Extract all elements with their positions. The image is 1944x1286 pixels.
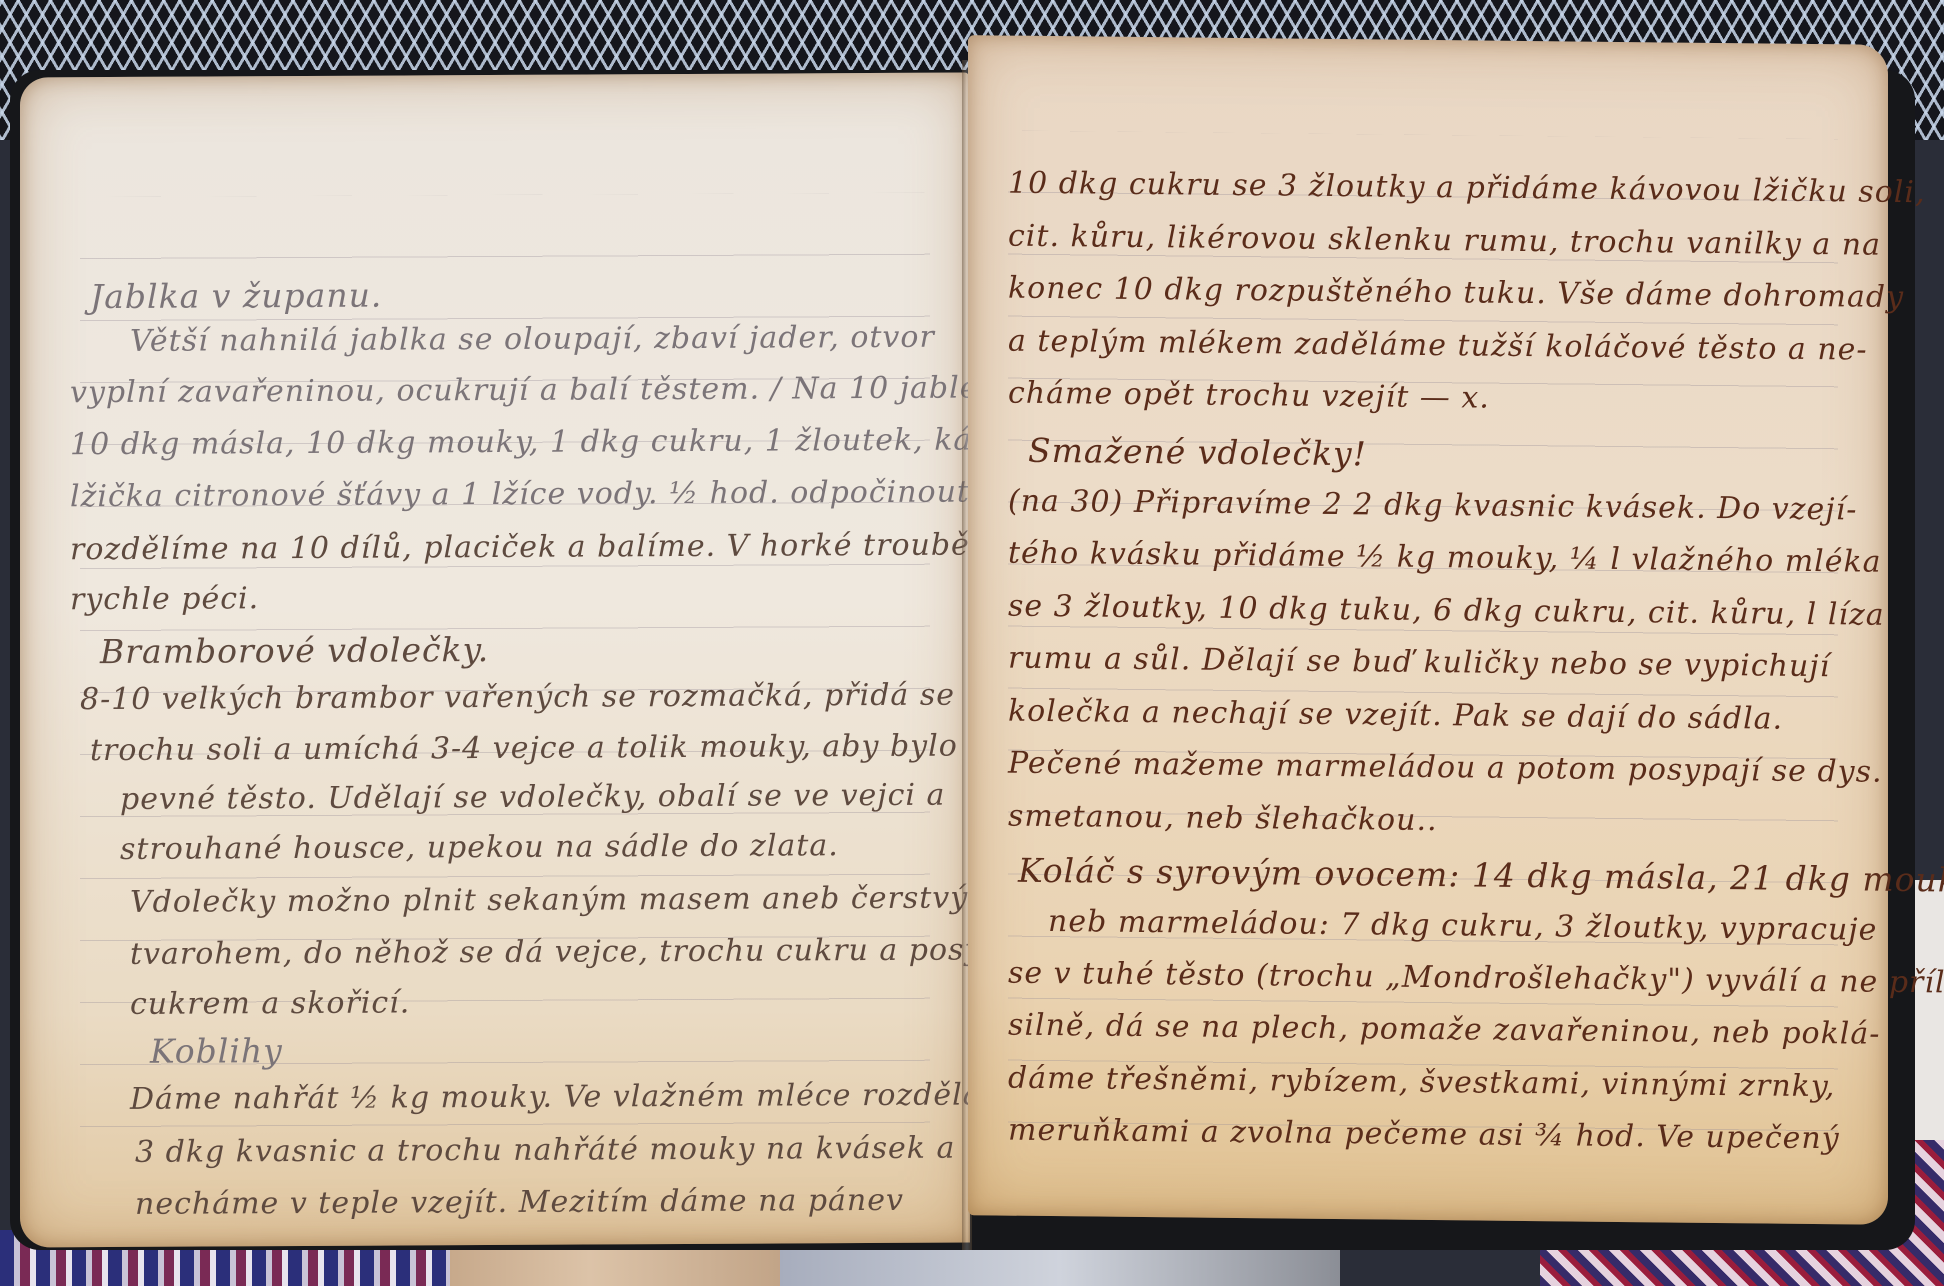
text-line: Dáme nahřát ½ kg mouky. Ve vlažném mléce… [130, 1077, 1030, 1117]
recipe-title-bramborove-vdolecky: Bramborové vdolečky. [100, 630, 489, 671]
recipe-title-jablka: Jablka v županu. [90, 276, 382, 317]
text-line: trochu soli a umíchá 3-4 vejce a tolik m… [90, 729, 958, 769]
text-line: pevné těsto. Udělají se vdolečky, obalí … [120, 778, 945, 817]
text-line: smetanou, neb šlehačkou.. [1008, 799, 1438, 838]
recipe-title-smazene-vdolecky: Smažené vdolečky! [1028, 431, 1367, 474]
text-line: strouhané housce, upekou na sádle do zla… [120, 828, 839, 867]
text-line: 8-10 velkých brambor vařených se rozmačk… [80, 678, 955, 718]
recipe-title-koblihy: Koblihy [150, 1031, 283, 1071]
text-line: rozdělíme na 10 dílů, placiček a balíme.… [70, 528, 970, 568]
left-page: Jablka v županu. Větší nahnilá jablka se… [20, 73, 970, 1248]
text-line: 3 dkg kvasnic a trochu nahřáté mouky na … [135, 1131, 955, 1170]
right-page: 10 dkg cukru se 3 žloutky a přidáme kávo… [968, 35, 1888, 1225]
text-line: necháme v teple vzejít. Mezitím dáme na … [135, 1183, 904, 1222]
text-line: Vdolečky možno plnit sekaným masem aneb … [130, 880, 998, 920]
text-line: rychle péci. [70, 581, 259, 617]
text-line: lžička citronové šťávy a 1 lžíce vody. ½… [70, 474, 981, 514]
text-line: Větší nahnilá jablka se oloupají, zbaví … [130, 320, 935, 359]
text-line: tvarohem, do něhož se dá vejce, trochu c… [130, 932, 1042, 972]
text-line: cukrem a skořicí. [130, 985, 410, 1021]
text-line: 10 dkg másla, 10 dkg mouky, 1 dkg cukru,… [70, 422, 1046, 462]
text-line: meruňkami a zvolna pečeme asi ¾ hod. Ve … [1008, 1113, 1840, 1157]
text-line: cháme opět trochu vzejít — x. [1008, 376, 1490, 416]
text-line: vyplní zavařeninou, ocukrují a balí těst… [70, 370, 998, 410]
